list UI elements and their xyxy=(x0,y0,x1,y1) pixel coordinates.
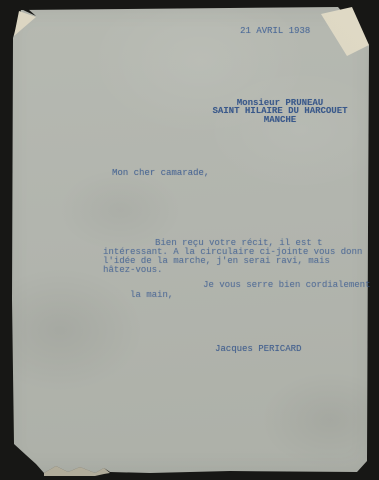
scanned-letter-page: 21 AVRIL 1938 Monsieur PRUNEAU SAINT HIL… xyxy=(0,0,379,480)
body-line-4: hâtez-vous. xyxy=(103,266,162,275)
closing-line-2: la main, xyxy=(130,291,173,300)
salutation: Mon cher camarade, xyxy=(112,169,209,178)
recipient-address-block: Monsieur PRUNEAU SAINT HILAIRE DU HARCOU… xyxy=(210,99,350,124)
closing-line-1: Je vous serre bien cordialement xyxy=(203,281,370,290)
recipient-department: MANCHE xyxy=(210,116,350,124)
letter-date: 21 AVRIL 1938 xyxy=(240,27,310,36)
signature: Jacques PERICARD xyxy=(215,345,301,354)
